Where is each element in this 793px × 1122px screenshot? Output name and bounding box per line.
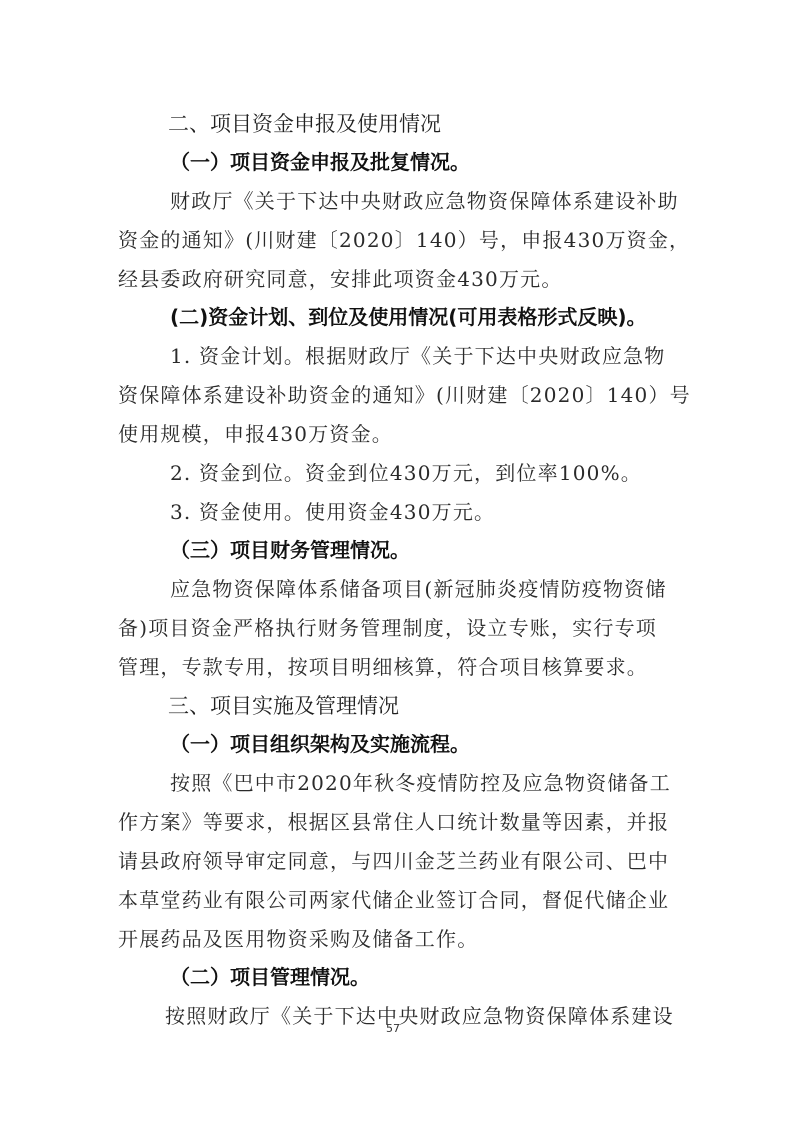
paragraph-line: 2. 资金到位。资金到位430万元，到位率100%。: [170, 459, 642, 487]
subsection-heading-2-1: （一）项目资金申报及批复情况。: [170, 148, 470, 176]
paragraph-line: 资金的通知》(川财建〔2020〕140）号，申报430万资金，: [118, 226, 690, 254]
paragraph-line: 本草堂药业有限公司两家代储企业签订合同，督促代储企业: [118, 886, 669, 914]
paragraph-line: 3. 资金使用。使用资金430万元。: [170, 498, 495, 526]
paragraph-line: 按照财政厅《关于下达中央财政应急物资保障体系建设: [165, 1002, 674, 1030]
paragraph-line: 按照《巴中市2020年秋冬疫情防控及应急物资储备工: [170, 769, 671, 797]
paragraph-line: 请县政府领导审定同意，与四川金芝兰药业有限公司、巴中: [118, 847, 669, 875]
paragraph-line: 开展药品及医用物资采购及储备工作。: [118, 925, 478, 953]
paragraph-line: 使用规模，申报430万资金。: [118, 420, 393, 448]
paragraph-line: 经县委政府研究同意，安排此项资金430万元。: [118, 265, 563, 293]
subsection-heading-2-2: (二)资金计划、到位及使用情况(可用表格形式反映)。: [170, 303, 647, 331]
subsection-heading-2-3: （三）项目财务管理情况。: [170, 536, 410, 564]
subsection-heading-3-1: （一）项目组织架构及实施流程。: [170, 730, 470, 758]
paragraph-line: 管理，专款专用，按项目明细核算，符合项目核算要求。: [118, 653, 648, 681]
page-number: 57: [386, 1022, 400, 1035]
paragraph-line: 作方案》等要求，根据区县常住人口统计数量等因素，并报: [118, 808, 669, 836]
section-heading-2: 二、项目资金申报及使用情况: [168, 110, 441, 138]
paragraph-line: 资保障体系建设补助资金的通知》(川财建〔2020〕140）号: [118, 381, 691, 409]
paragraph-line: 应急物资保障体系储备项目(新冠肺炎疫情防疫物资储: [170, 575, 667, 603]
section-heading-3: 三、项目实施及管理情况: [168, 692, 399, 720]
paragraph-line: 备)项目资金严格执行财务管理制度，设立专账，实行专项: [118, 614, 657, 642]
paragraph-line: 财政厅《关于下达中央财政应急物资保障体系建设补助: [170, 187, 679, 215]
paragraph-line: 1. 资金计划。根据财政厅《关于下达中央财政应急物: [170, 342, 665, 370]
subsection-heading-3-2: （二）项目管理情况。: [170, 963, 370, 991]
